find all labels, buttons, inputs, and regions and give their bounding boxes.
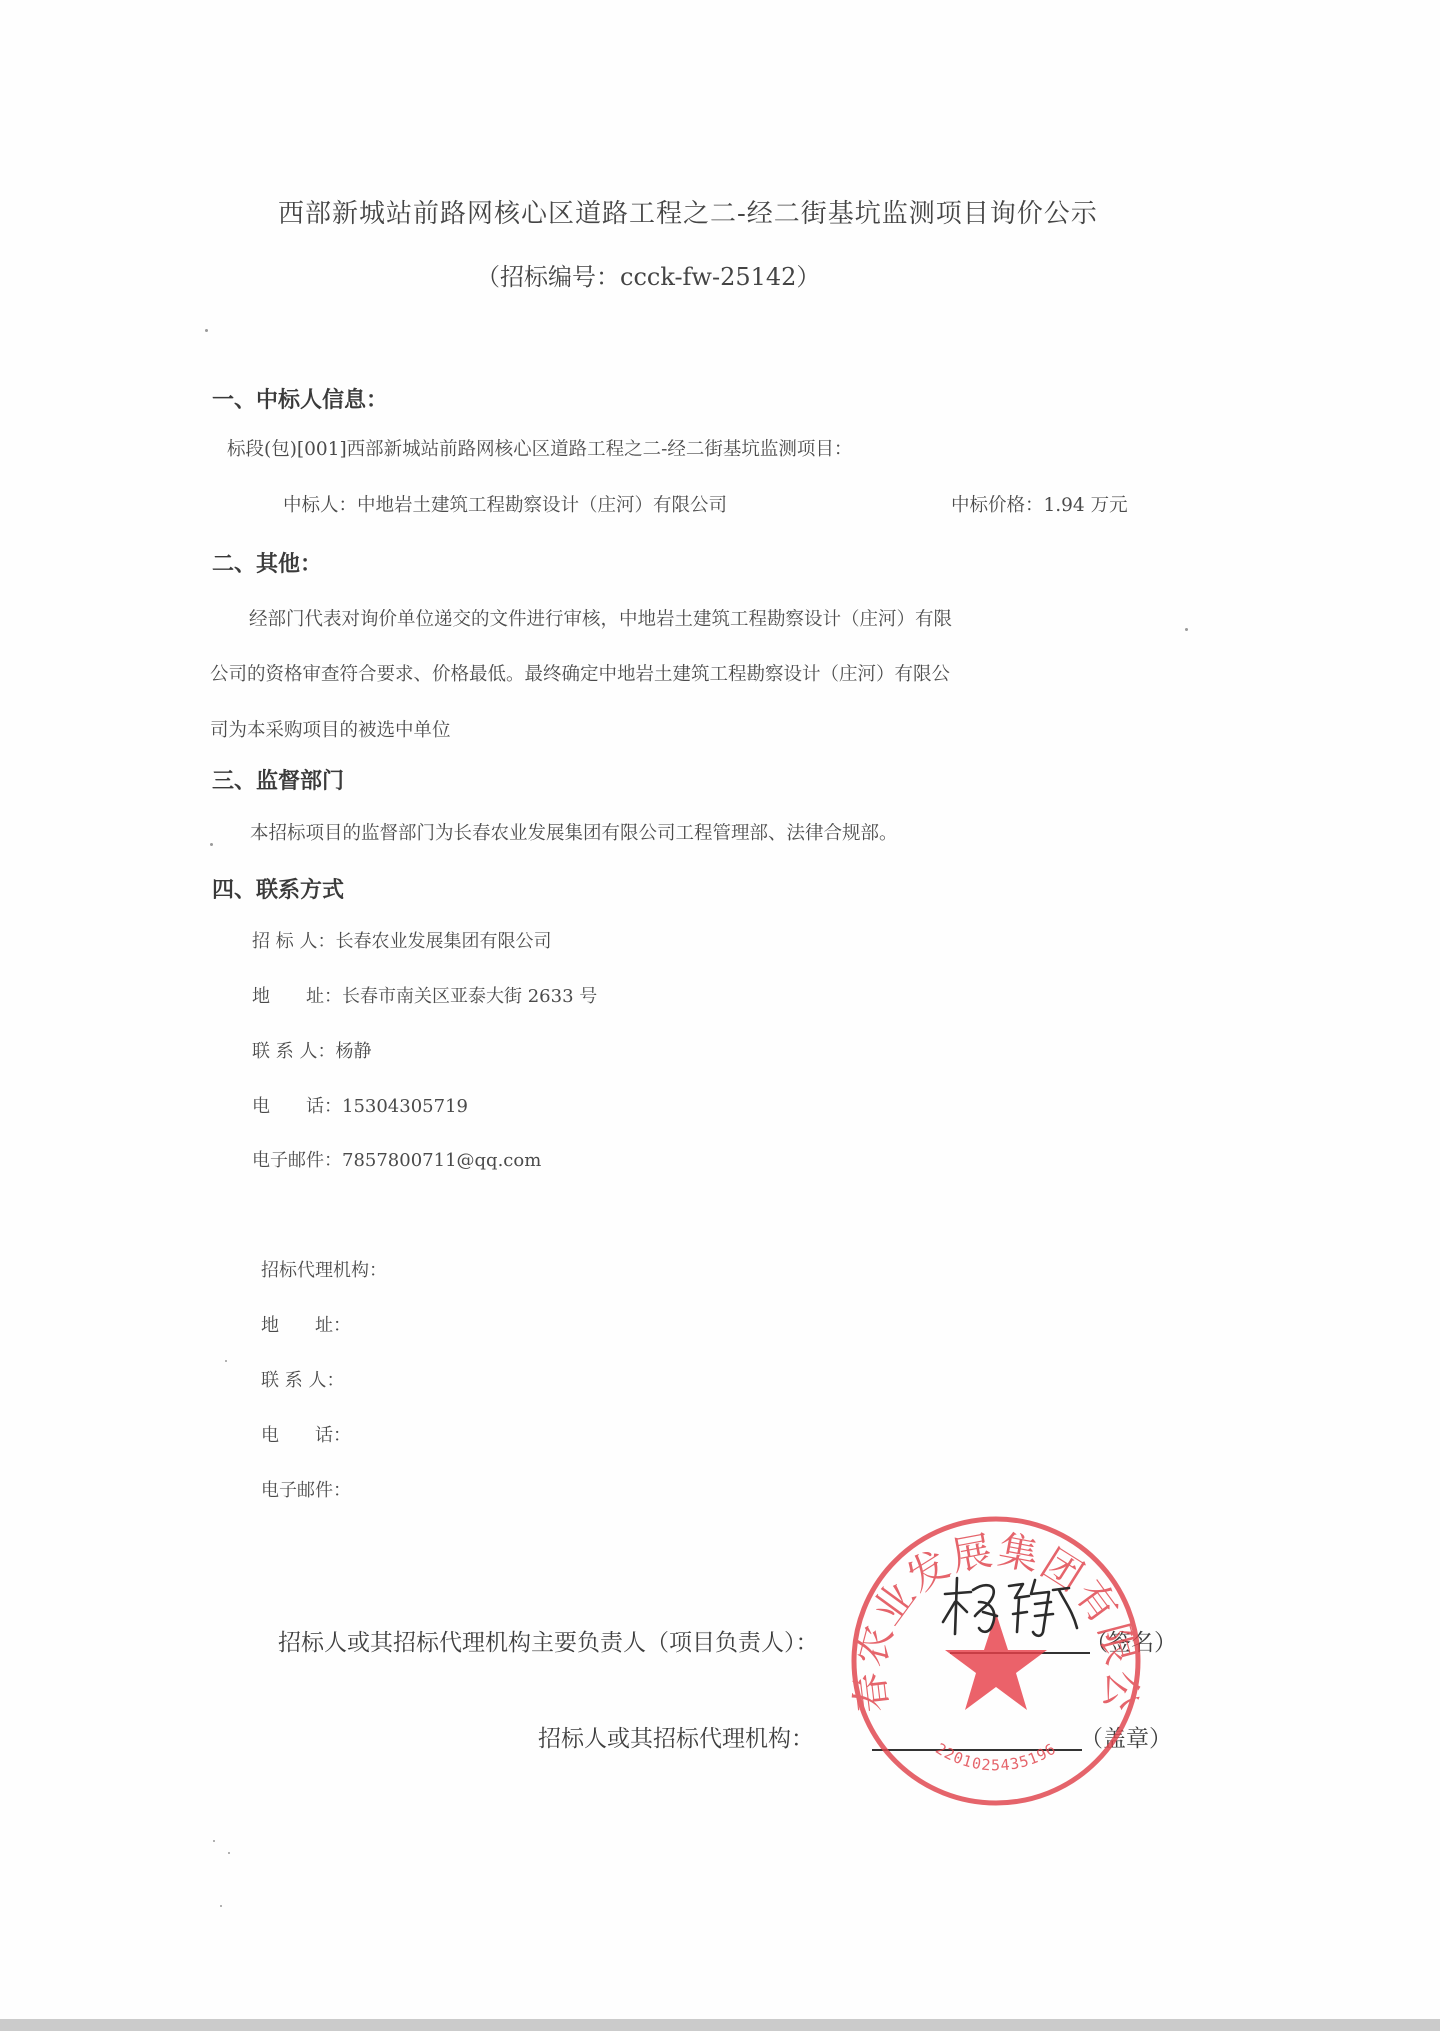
- winner-name: 中标人：中地岩土建筑工程勘察设计（庄河）有限公司: [283, 491, 727, 517]
- contact-tenderer: 招 标 人：长春农业发展集团有限公司: [252, 927, 551, 953]
- handwritten-signature-icon: [935, 1572, 1085, 1642]
- section-heading-contact: 四、联系方式: [212, 873, 344, 904]
- contact-phone: 电 话：15304305719: [252, 1092, 468, 1118]
- svg-text:2201025435196: 2201025435196: [932, 1739, 1059, 1774]
- responsible-person-label: 招标人或其招标代理机构主要负责人（项目负责人）：: [278, 1624, 819, 1657]
- section-heading-other: 二、其他：: [212, 547, 322, 578]
- agency-contact-person: 联 系 人：: [261, 1366, 344, 1392]
- contact-email: 电子邮件：7857800711@qq.com: [252, 1146, 541, 1172]
- contact-person: 联 系 人：杨静: [252, 1037, 371, 1063]
- scan-speck: [213, 1840, 215, 1842]
- organization-label: 招标人或其招标代理机构：: [538, 1720, 814, 1753]
- lot-description: 标段(包)[001]西部新城站前路网核心区道路工程之二-经二街基坑监测项目：: [227, 435, 852, 461]
- document-page: 西部新城站前路网核心区道路工程之二-经二街基坑监测项目询价公示 （招标编号：cc…: [0, 0, 1440, 2019]
- scan-speck: [1185, 628, 1188, 631]
- document-title: 西部新城站前路网核心区道路工程之二-经二街基坑监测项目询价公示: [278, 193, 1098, 230]
- agency-heading: 招标代理机构：: [261, 1256, 387, 1282]
- other-paragraph-line-2: 公司的资格审查符合要求、价格最低。最终确定中地岩土建筑工程勘察设计（庄河）有限公: [210, 660, 950, 686]
- section-heading-winner: 一、中标人信息：: [212, 383, 388, 414]
- agency-address: 地 址：: [261, 1311, 351, 1337]
- section-heading-supervision: 三、监督部门: [212, 764, 344, 795]
- scan-speck: [205, 329, 208, 332]
- other-paragraph-line-3: 司为本采购项目的被选中单位: [210, 716, 451, 742]
- scan-speck: [210, 843, 213, 846]
- winning-price: 中标价格：1.94 万元: [951, 491, 1128, 517]
- official-seal-icon: 长春农业发展集团有限公司 2201025435196: [848, 1513, 1144, 1809]
- seal-code: 2201025435196: [932, 1739, 1059, 1774]
- document-subtitle: （招标编号：ccck-fw-25142）: [476, 257, 820, 292]
- agency-email: 电子邮件：: [261, 1476, 351, 1502]
- agency-phone: 电 话：: [261, 1421, 351, 1447]
- scan-speck: [220, 1905, 222, 1907]
- scan-speck: [228, 1852, 230, 1854]
- other-paragraph-line-1: 经部门代表对询价单位递交的文件进行审核，中地岩土建筑工程勘察设计（庄河）有限: [249, 605, 952, 631]
- supervision-text: 本招标项目的监督部门为长春农业发展集团有限公司工程管理部、法律合规部。: [250, 819, 898, 845]
- viewer-bottom-bar: [0, 2019, 1440, 2031]
- scan-speck: [225, 1360, 227, 1362]
- contact-address: 地 址：长春市南关区亚泰大街 2633 号: [252, 982, 597, 1008]
